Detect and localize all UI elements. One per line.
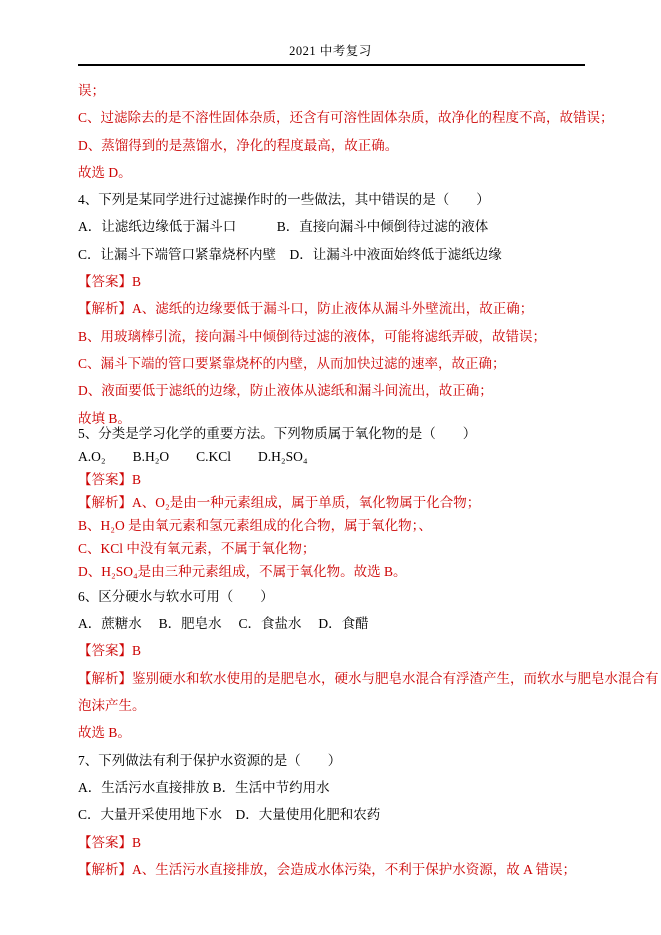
question-line: 6、区分硬水与软水可用（ ） [78,583,645,610]
section-q3-analysis-end: 误；C、过滤除去的是不溶性固体杂质，还含有可溶性固体杂质，故净化的程度不高，故错… [78,77,645,186]
analysis-line: 【解析】A、滤纸的边缘要低于漏斗口，防止液体从漏斗外壁流出，故正确； [78,295,645,322]
analysis-line: B、H₂O 是由氧元素和氢元素组成的化合物，属于氧化物；、 [78,514,645,537]
analysis-line: 【解析】A、O₂是由一种元素组成，属于单质，氧化物属于化合物； [78,491,645,514]
analysis-line: B、用玻璃棒引流，接向漏斗中倾倒待过滤的液体，可能将滤纸弄破，故错误； [78,323,645,350]
section-q4: 4、下列是某同学进行过滤操作时的一些做法，其中错误的是（ ）A．让滤纸边缘低于漏… [78,186,645,432]
continuation-line: 误； [78,77,645,104]
analysis-line: C、漏斗下端的管口要紧靠烧杯的内壁，从而加快过滤的速率，故正确； [78,350,645,377]
analysis-line: D、蒸馏得到的是蒸馏水，净化的程度最高，故正确。 [78,132,645,159]
analysis-line: 【解析】A、生活污水直接排放，会造成水体污染，不利于保护水资源，故 A 错误； [78,856,645,883]
options-line: A．蔗糖水 B．肥皂水 C．食盐水 D．食醋 [78,610,645,637]
options-line: A．让滤纸边缘低于漏斗口 B．直接向漏斗中倾倒待过滤的液体 [78,213,645,240]
question-line: 5、分类是学习化学的重要方法。下列物质属于氧化物的是（ ） [78,422,645,445]
options-line: C．大量开采使用地下水 D．大量使用化肥和农药 [78,801,645,828]
conclusion-line: 故选 B。 [78,719,645,746]
analysis-line: C、过滤除去的是不溶性固体杂质，还含有可溶性固体杂质，故净化的程度不高，故错误； [78,104,645,131]
options-line: A.O₂ B.H₂O C.KCl D.H₂SO₄ [78,445,645,468]
question-line: 7、下列做法有利于保护水资源的是（ ） [78,747,645,774]
analysis-line: D、H₂SO₄是由三种元素组成，不属于氧化物。故选 B。 [78,560,645,583]
answer-line: 【答案】B [78,268,645,295]
answer-line: 【答案】B [78,829,645,856]
section-q5: 5、分类是学习化学的重要方法。下列物质属于氧化物的是（ ）A.O₂ B.H₂O … [78,422,645,583]
conclusion-line: 故选 D。 [78,159,645,186]
answer-line: 【答案】B [78,637,645,664]
answer-line: 【答案】B [78,468,645,491]
page-header-title: 2021 中考复习 [0,41,661,59]
analysis-line: D、液面要低于滤纸的边缘，防止液体从滤纸和漏斗间流出，故正确； [78,377,645,404]
analysis-line: 【解析】鉴别硬水和软水使用的是肥皂水，硬水与肥皂水混合有浮渣产生，而软水与肥皂水… [78,665,645,692]
document-body: 误；C、过滤除去的是不溶性固体杂质，还含有可溶性固体杂质，故净化的程度不高，故错… [78,77,645,883]
options-line: A．生活污水直接排放 B．生活中节约用水 [78,774,645,801]
header-divider [78,64,585,66]
options-line: C．让漏斗下端管口紧靠烧杯内壁 D．让漏斗中液面始终低于滤纸边缘 [78,241,645,268]
question-line: 4、下列是某同学进行过滤操作时的一些做法，其中错误的是（ ） [78,186,645,213]
analysis-line: 泡沫产生。 [78,692,645,719]
section-q7: 7、下列做法有利于保护水资源的是（ ）A．生活污水直接排放 B．生活中节约用水C… [78,747,645,883]
analysis-line: C、KCl 中没有氧元素，不属于氧化物； [78,537,645,560]
section-q6: 6、区分硬水与软水可用（ ）A．蔗糖水 B．肥皂水 C．食盐水 D．食醋【答案】… [78,583,645,747]
